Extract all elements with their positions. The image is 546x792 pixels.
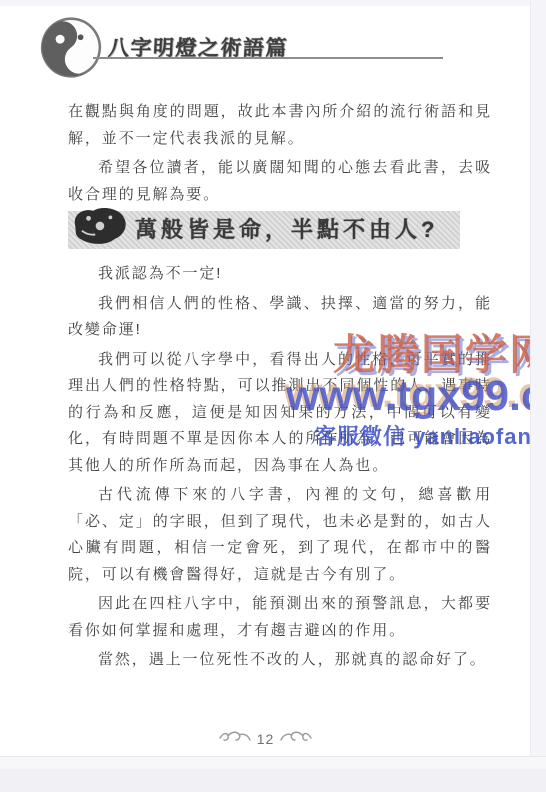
section-heading: 萬般皆是命，半點不由人? — [135, 211, 438, 249]
scan-edge-bottom — [0, 756, 546, 792]
footer-flourish-left-icon — [218, 729, 252, 750]
scan-edge-top — [0, 0, 546, 6]
paragraph: 我們相信人們的性格、學識、抉擇、適當的努力，能改變命運! — [68, 291, 492, 344]
dragon-stamp-icon — [70, 206, 128, 254]
footer-flourish-right-icon — [279, 729, 313, 750]
header-divider — [93, 57, 443, 59]
scan-edge-right — [530, 0, 546, 792]
page-number: 12 — [257, 731, 275, 747]
paragraph: 當然，遇上一位死性不改的人，那就真的認命好了。 — [68, 647, 492, 674]
page-content: 在觀點與角度的問題，故此本書內所介紹的流行術語和見解，並不一定代表我派的見解。 … — [68, 99, 492, 677]
page-footer: 12 — [0, 729, 531, 749]
yinyang-icon — [39, 14, 103, 86]
paragraph: 在觀點與角度的問題，故此本書內所介紹的流行術語和見解，並不一定代表我派的見解。 — [68, 99, 492, 152]
paragraph: 我們可以從八字學中，看得出人的性格，可平實的推理出人們的性格特點，可以推測出不同… — [68, 347, 492, 480]
paragraph: 因此在四柱八字中，能預測出來的預警訊息，大都要看你如何掌握和處理，才有趨吉避凶的… — [68, 591, 492, 644]
paragraph: 希望各位讀者，能以廣闊知聞的心態去看此書，去吸收合理的見解為要。 — [68, 155, 492, 208]
paragraph: 我派認為不一定! — [68, 261, 492, 288]
section-heading-bar: 萬般皆是命，半點不由人? — [68, 211, 460, 249]
paragraph: 古代流傳下來的八字書，內裡的文句，總喜歡用「必、定」的字眼，但到了現代，也未必是… — [68, 482, 492, 588]
